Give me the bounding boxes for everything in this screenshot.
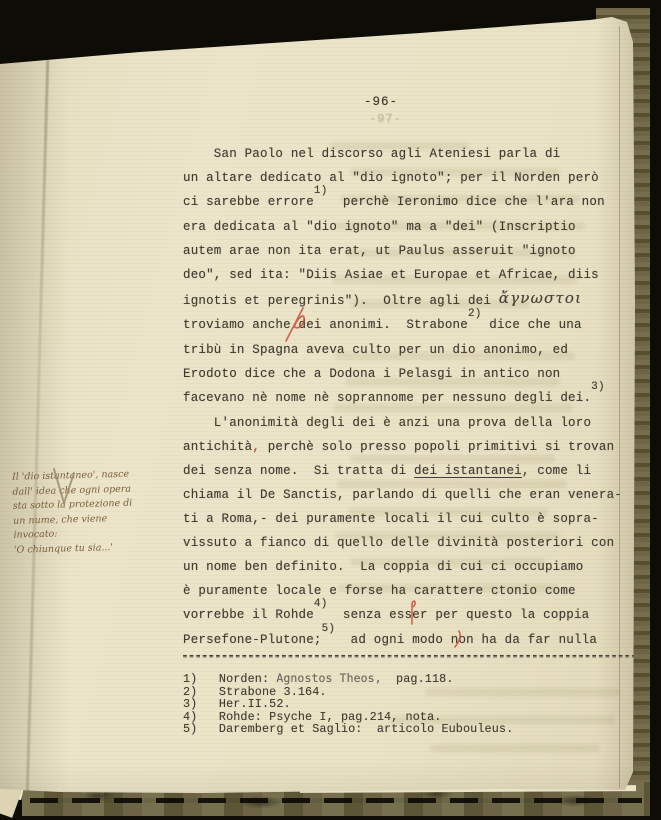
typed-line: ci sarebbe errore1) perchè Ieronimo dice…	[183, 190, 619, 215]
typed-line: ti a Roma,- dei puramente locali il cui …	[183, 507, 619, 531]
typed-seg-light: Agnostos Theos,	[276, 671, 381, 685]
typed-line: deo", sed ita: "Diis Asiae et Europae et…	[183, 263, 619, 287]
typed-seg-sup: 4)	[314, 598, 328, 610]
bleedthrough-smudge	[430, 744, 600, 752]
typed-line: facevano nè nome nè soprannome per nessu…	[183, 386, 619, 411]
typed-seg: Persefone-Plutone;	[183, 633, 322, 647]
scanned-typescript-photo: { "page": { "number_label": "-96-", "gho…	[0, 0, 661, 820]
footnote-line: 5) Daremberg et Saglio: articolo Euboule…	[183, 723, 513, 736]
typed-seg: dice che una	[482, 318, 582, 332]
typed-seg-sup: 3)	[591, 381, 605, 393]
typed-line: vissuto a fianco di quello delle divinit…	[183, 531, 619, 555]
typed-line: era dedicata al "dio ignoto" ma a "dei" …	[183, 215, 619, 239]
typed-seg: ignotis et peregrinis"). Oltre agli dei	[183, 294, 499, 308]
page-number: -96-	[364, 95, 398, 109]
footnote-list: 1) Norden: Agnostos Theos, pag.118.2) St…	[183, 672, 513, 736]
typed-seg: Erodoto dice che a Dodona i Pelasgi in a…	[183, 367, 560, 381]
typed-line: tribù in Spagna aveva culto per un dio a…	[183, 338, 619, 362]
typed-seg: , come li	[522, 464, 591, 478]
typed-seg: troviamo anche dei anonimi. Strabone	[183, 318, 468, 332]
typed-seg-u: dei istantanei	[414, 464, 522, 478]
typed-body: San Paolo nel discorso agli Ateniesi par…	[183, 142, 619, 653]
typed-seg: tribù in Spagna aveva culto per un dio a…	[183, 343, 568, 357]
footnote-line: 1) Norden: Agnostos Theos, pag.118.	[183, 672, 513, 686]
typed-line: autem arae non ita erat, ut Paulus asser…	[183, 239, 619, 263]
typed-line: è puramente locale e forse ha carattere …	[183, 579, 619, 603]
typed-seg: perchè solo presso popoli primitivi si t…	[260, 440, 614, 454]
typed-seg: ci sarebbe errore	[183, 195, 314, 209]
margin-note-line: 'O chiunque tu sia...'	[14, 540, 146, 558]
typed-seg: senza esser per questo la coppia	[328, 608, 590, 622]
typed-seg: vissuto a fianco di quello delle divinit…	[183, 536, 614, 550]
typed-seg: L'anonimità degli dei è anzi una prova d…	[183, 416, 591, 430]
typed-seg-greek: ἄγνωστοι	[499, 289, 583, 307]
typed-seg: vorrebbe il Rohde	[183, 608, 314, 622]
typed-seg: un nome ben definito. La coppia di cui c…	[183, 560, 583, 574]
typed-line: un altare dedicato al "dio ignoto"; per …	[183, 166, 619, 190]
typescript-page: -96- -97- San Paolo nel discorso agli At…	[0, 0, 641, 800]
book-bottom-shadow	[30, 798, 642, 803]
typed-seg-sup: 5)	[322, 623, 336, 635]
typed-seg: 5) Daremberg et Saglio: articolo Euboule…	[183, 722, 513, 736]
typed-seg: perchè Ieronimo dice che l'ara non	[328, 195, 605, 209]
typed-line: Erodoto dice che a Dodona i Pelasgi in a…	[183, 362, 619, 386]
footnote-separator: ----------------------------------------…	[181, 648, 643, 663]
typed-seg: è puramente locale e forse ha carattere …	[183, 584, 576, 598]
typed-seg-red: ,	[252, 440, 260, 454]
typed-seg: facevano nè nome nè soprannome per nessu…	[183, 391, 591, 405]
typed-seg-sup: 1)	[314, 185, 328, 197]
typed-line: L'anonimità degli dei è anzi una prova d…	[183, 411, 619, 435]
typed-line: ignotis et peregrinis"). Oltre agli dei …	[183, 287, 619, 313]
typed-line: un nome ben definito. La coppia di cui c…	[183, 555, 619, 579]
typed-seg-sup: 2)	[468, 308, 482, 320]
bleedthrough-page-number: -97-	[369, 112, 402, 126]
page-edge-line	[619, 26, 620, 788]
typed-line: chiama il De Sanctis, parlando di quelli…	[183, 483, 619, 507]
typed-seg: autem arae non ita erat, ut Paulus asser…	[183, 244, 576, 258]
typed-seg: dei senza nome. Si tratta di	[183, 464, 414, 478]
typed-line: troviamo anche dei anonimi. Strabone2) d…	[183, 313, 619, 338]
typed-seg: chiama il De Sanctis, parlando di quelli…	[183, 488, 622, 502]
typed-seg: San Paolo nel discorso agli Ateniesi par…	[183, 147, 560, 161]
typed-seg: deo", sed ita: "Diis Asiae et Europae et…	[183, 268, 599, 282]
typed-seg: pag.118.	[382, 672, 454, 686]
typed-line: vorrebbe il Rohde4) senza esser per ques…	[183, 603, 619, 628]
typed-seg: ti a Roma,- dei puramente locali il cui …	[183, 512, 599, 526]
typed-line: antichità, perchè solo presso popoli pri…	[183, 435, 619, 459]
page-crease	[26, 58, 50, 796]
typed-seg: un altare dedicato al "dio ignoto"; per …	[183, 171, 599, 185]
typed-seg: antichità	[183, 440, 252, 454]
typed-seg: era dedicata al "dio ignoto" ma a "dei" …	[183, 220, 576, 234]
typed-seg: ad ogni modo non ha da far nulla	[335, 633, 597, 647]
typed-line: dei senza nome. Si tratta di dei istanta…	[183, 459, 619, 483]
margin-note: Il 'dio istantaneo', nascedall' idea che…	[12, 467, 146, 558]
typed-line: San Paolo nel discorso agli Ateniesi par…	[183, 142, 619, 166]
